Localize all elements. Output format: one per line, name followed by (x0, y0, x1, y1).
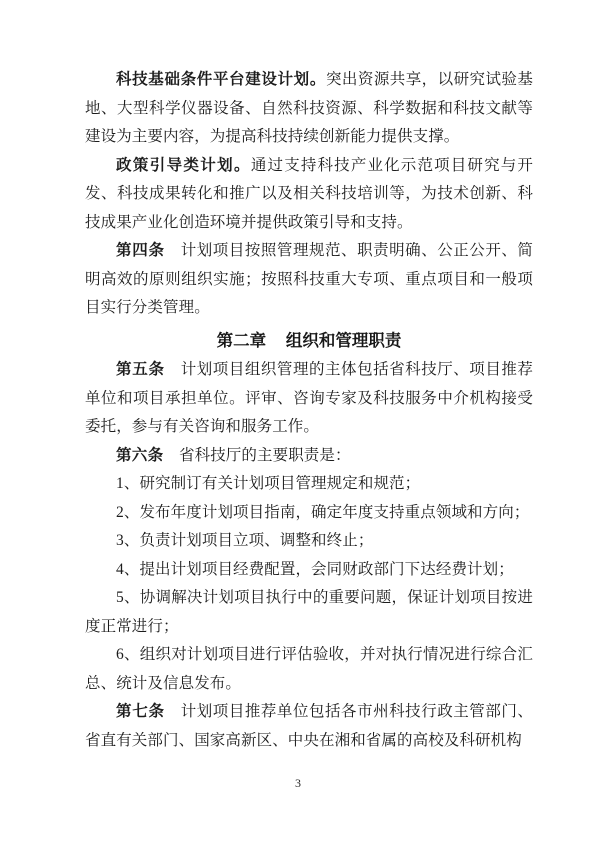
page-footer: 3 (0, 774, 596, 792)
article-4-label: 第四条 (116, 242, 165, 259)
duty-item-2: 2、发布年度计划项目指南，确定年度支持重点领域和方向； (85, 499, 533, 528)
platform-plan-lead: 科技基础条件平台建设计划。 (116, 71, 326, 88)
chapter-2-title: 组织和管理职责 (286, 332, 402, 350)
paragraph-article-4: 第四条 计划项目按照管理规范、职责明确、公正公开、简明高效的原则组织实施；按照科… (85, 237, 533, 323)
policy-plan-lead: 政策引导类计划。 (116, 157, 251, 174)
article-5-label: 第五条 (116, 361, 165, 378)
article-7-label: 第七条 (116, 703, 165, 720)
page-body: 科技基础条件平台建设计划。突出资源共享，以研究试验基地、大型科学仪器设备、自然科… (85, 66, 533, 755)
chapter-2-heading: 第二章组织和管理职责 (85, 327, 533, 356)
document-page: 科技基础条件平台建设计划。突出资源共享，以研究试验基地、大型科学仪器设备、自然科… (0, 0, 596, 842)
duty-item-6: 6、组织对计划项目进行评估验收，并对执行情况进行综合汇总、统计及信息发布。 (85, 641, 533, 698)
chapter-2-number: 第二章 (217, 332, 267, 350)
article-6-text: 省科技厅的主要职责是： (163, 447, 350, 464)
paragraph-article-5: 第五条 计划项目组织管理的主体包括省科技厅、项目推荐单位和项目承担单位。评审、咨… (85, 356, 533, 442)
paragraph-platform-plan: 科技基础条件平台建设计划。突出资源共享，以研究试验基地、大型科学仪器设备、自然科… (85, 66, 533, 152)
paragraph-policy-plan: 政策引导类计划。通过支持科技产业化示范项目研究与开发、科技成果转化和推广以及相关… (85, 152, 533, 238)
duty-item-1: 1、研究制订有关计划项目管理规定和规范； (85, 470, 533, 499)
page-number: 3 (295, 776, 301, 790)
duty-item-5: 5、协调解决计划项目执行中的重要问题，保证计划项目按进度正常进行； (85, 584, 533, 641)
article-6-label: 第六条 (116, 447, 163, 464)
paragraph-article-6: 第六条 省科技厅的主要职责是： (85, 442, 533, 471)
duty-item-4: 4、提出计划项目经费配置，会同财政部门下达经费计划； (85, 556, 533, 585)
duty-item-3: 3、负责计划项目立项、调整和终止； (85, 527, 533, 556)
paragraph-article-7: 第七条 计划项目推荐单位包括各市州科技行政主管部门、省直有关部门、国家高新区、中… (85, 698, 533, 755)
